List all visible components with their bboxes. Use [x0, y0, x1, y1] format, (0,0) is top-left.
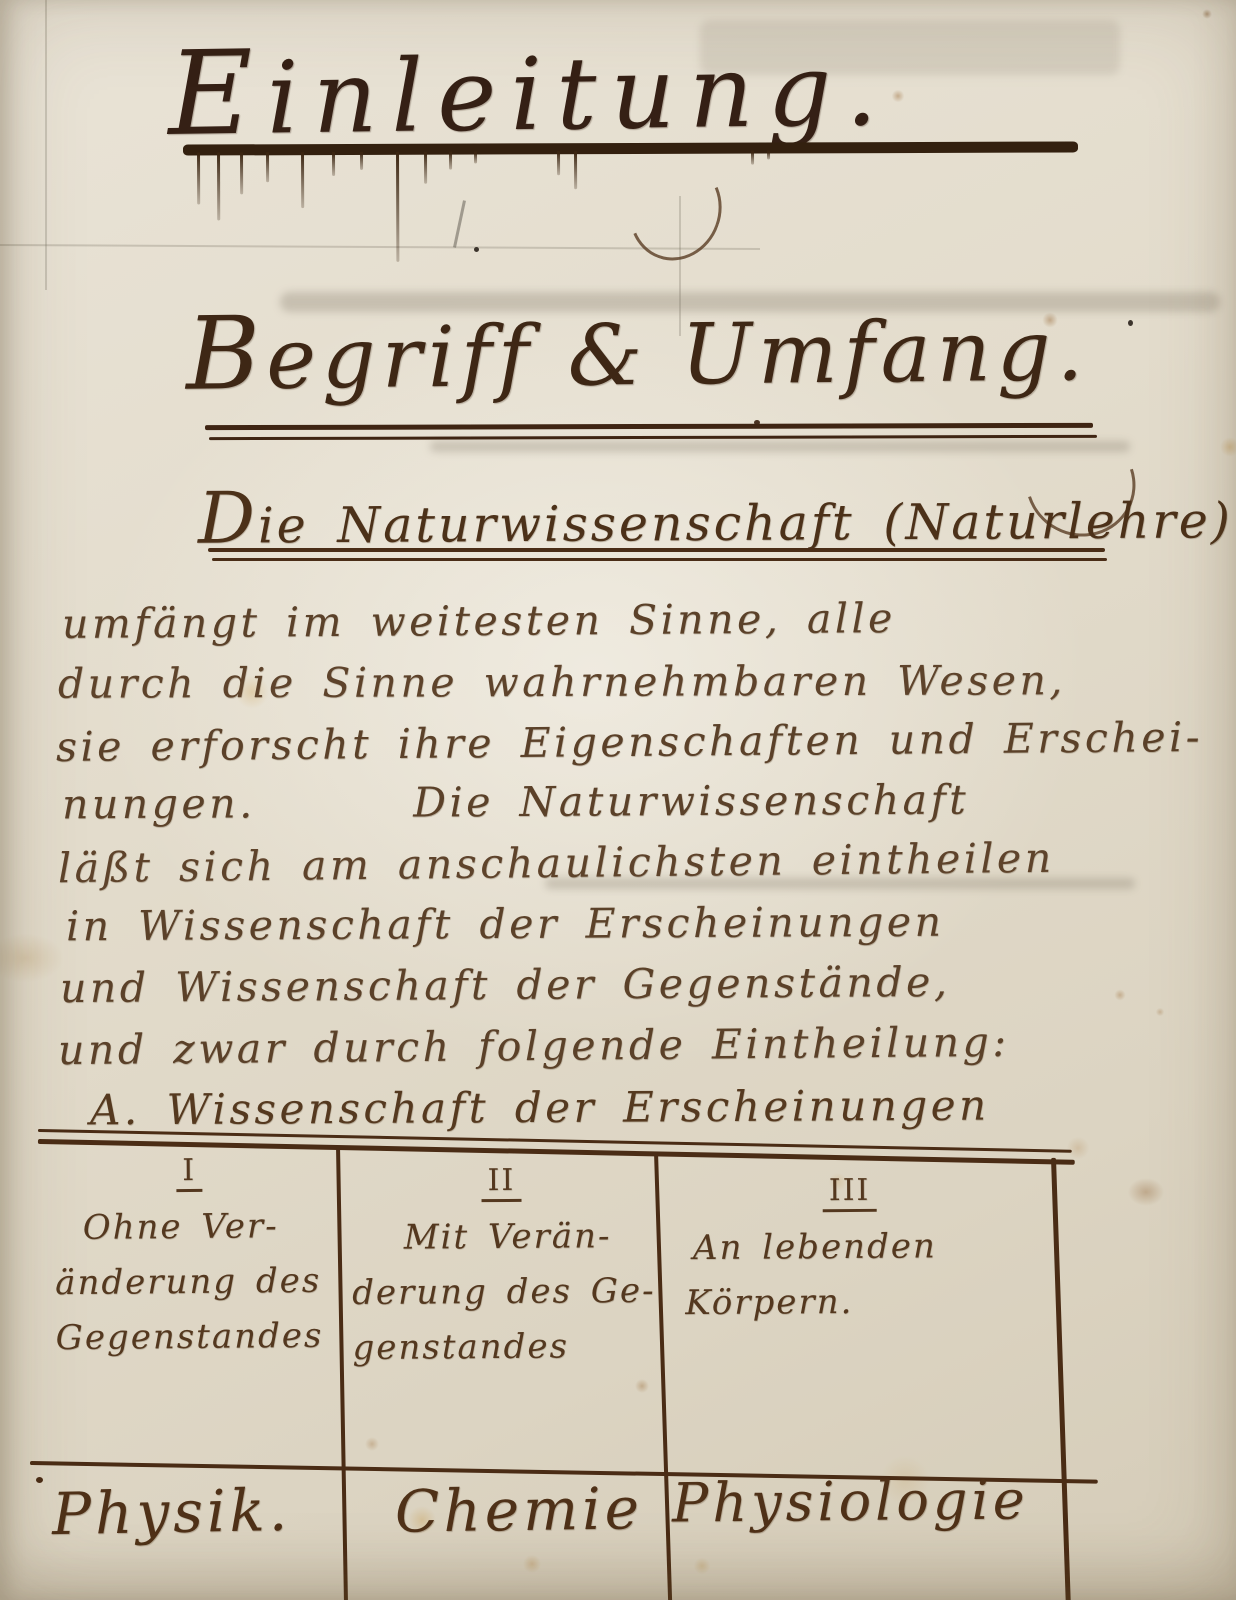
column-numeral: I	[176, 1153, 202, 1192]
pen-flourish	[615, 147, 735, 273]
table-right-border-rule	[1051, 1158, 1071, 1600]
section-a-line: A. Wissenschaft der Erscheinungen	[90, 1081, 990, 1135]
discipline-label: Physik.	[51, 1476, 291, 1548]
discipline-label: Chemie	[395, 1474, 644, 1545]
ink-drip	[767, 151, 770, 160]
column-numeral: III	[823, 1173, 877, 1212]
opening-line: Die Naturwissenschaft (Naturlehre)	[198, 471, 1233, 559]
column-header-line: derung des Ge-	[352, 1264, 652, 1321]
manuscript-line: sie erforscht ihre Eigenschaften und Ers…	[56, 713, 1203, 771]
ink-drip	[557, 151, 560, 175]
table-column-ii: II Mit Verän- derung des Ge- genstandes	[351, 1162, 652, 1376]
subtitle-underline	[209, 435, 1097, 440]
manuscript-page: Einleitung. Begriff & Umfang. Die Naturw…	[0, 0, 1236, 1600]
column-header-line: Gegenstandes	[55, 1309, 325, 1366]
ink-drip	[360, 152, 363, 170]
section-heading: Begriff & Umfang.	[185, 285, 1089, 412]
manuscript-line: durch die Sinne wahrnehmbaren Wesen,	[58, 656, 1066, 708]
column-numeral: II	[481, 1163, 521, 1202]
ink-speck	[1128, 320, 1133, 326]
ink-drip	[751, 151, 754, 165]
ink-drip	[332, 152, 335, 176]
column-header-line: Ohne Ver-	[82, 1199, 324, 1256]
ink-drip	[424, 152, 427, 184]
table-column-iii: III An lebenden Körpern.	[684, 1172, 1015, 1331]
ink-drip	[449, 152, 452, 170]
ink-drip	[266, 152, 269, 182]
column-header-line: Körpern.	[685, 1274, 1015, 1331]
ink-drip	[217, 152, 220, 220]
manuscript-line: umfängt im weitesten Sinne, alle	[62, 594, 896, 648]
ink-drip	[197, 153, 200, 205]
graphite-smudge	[430, 441, 1130, 452]
ink-drip	[474, 152, 477, 164]
discipline-label: Physiologie	[672, 1468, 1029, 1534]
manuscript-line: und zwar durch folgende Eintheilung:	[58, 1018, 1010, 1074]
subtitle-underline	[205, 423, 1093, 430]
pencil-line	[45, 0, 47, 290]
ink-dot	[36, 1477, 43, 1483]
manuscript-line: und Wissenschaft der Gegenstände,	[60, 958, 951, 1012]
pencil-mark	[453, 200, 466, 248]
manuscript-line: nungen. Die Naturwissenschaft	[62, 776, 969, 829]
ink-drip	[396, 152, 399, 262]
ink-speck	[474, 247, 479, 252]
ink-drip	[240, 152, 243, 194]
manuscript-line: in Wissenschaft der Erscheinungen	[66, 898, 945, 951]
title-underline	[183, 141, 1078, 155]
opening-underline	[212, 558, 1107, 561]
table-column-rule	[336, 1146, 348, 1600]
ink-drip	[574, 151, 577, 189]
table-column-i: I Ohne Ver- änderung des Gegenstandes	[54, 1152, 326, 1366]
page-title: Einleitung.	[167, 17, 892, 162]
column-header-line: änderung des	[55, 1254, 325, 1311]
column-header-line: Mit Verän-	[404, 1209, 652, 1266]
table-column-rule	[654, 1152, 672, 1600]
column-header-line: An lebenden	[693, 1219, 1015, 1276]
column-header-line: genstandes	[352, 1319, 652, 1376]
ink-drip	[301, 152, 304, 208]
opening-underline	[208, 548, 1105, 552]
